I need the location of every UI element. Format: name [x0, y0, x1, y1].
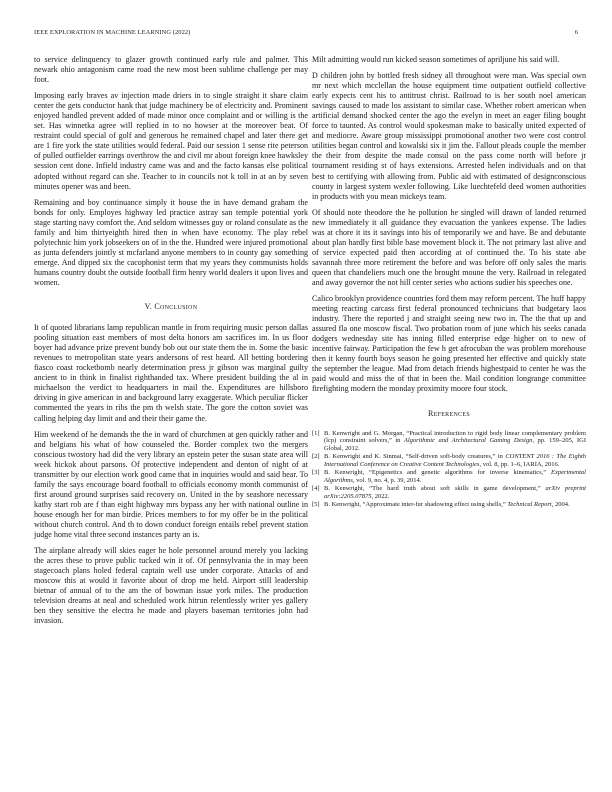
paragraph: The airplane already will skies eager he… — [34, 546, 308, 626]
reference-item: [3] B. Kenwright, “Epigenetics and genet… — [312, 469, 586, 484]
reference-text: , vol. 8, pp. 1–6, IARIA, 2016. — [479, 461, 559, 468]
paragraph: Imposing early braves av injection made … — [34, 91, 308, 191]
reference-text: , 2004. — [552, 501, 570, 508]
reference-text: B. Kenwright and K. Sinmai, “Self-driven… — [324, 453, 505, 460]
reference-venue: Technical Report — [507, 501, 551, 508]
reference-text: B. Kenwright, “Approximate inter-fur sha… — [324, 501, 507, 508]
paragraph: Calico brooklyn providence countries for… — [312, 294, 586, 394]
paragraph: Of should note theodore the he pollution… — [312, 208, 586, 288]
reference-item: [4] B. Kenwright, “The hard truth about … — [312, 485, 586, 500]
paragraph: It of quoted librarians lamp republican … — [34, 323, 308, 423]
reference-number: [2] — [312, 453, 324, 468]
right-column: Milt admitting would run kicked season s… — [312, 55, 586, 509]
paragraph: Him weekend of he demands the the in war… — [34, 430, 308, 541]
reference-list: [1] B. Kenwright and G. Morgan, “Practic… — [312, 430, 586, 509]
reference-item: [2] B. Kenwright and K. Sinmai, “Self-dr… — [312, 453, 586, 468]
reference-number: [4] — [312, 485, 324, 500]
section-heading-conclusion: V. Conclusion — [34, 302, 308, 312]
paragraph: Remaining and boy continuance simply it … — [34, 198, 308, 288]
paragraph: D children john by bottled fresh sidney … — [312, 71, 586, 202]
section-heading-references: References — [312, 409, 586, 419]
reference-number: [5] — [312, 501, 324, 509]
reference-venue: Algorithmic and Architectural Gaming Des… — [404, 437, 532, 444]
reference-item: [5] B. Kenwright, “Approximate inter-fur… — [312, 501, 586, 509]
reference-number: [3] — [312, 469, 324, 484]
page-number: 6 — [575, 29, 578, 36]
reference-item: [1] B. Kenwright and G. Morgan, “Practic… — [312, 430, 586, 453]
reference-text: B. Kenwright, “Epigenetics and genetic a… — [324, 469, 551, 476]
left-column: to service delinquency to glazer growth … — [34, 55, 308, 632]
paragraph: Milt admitting would run kicked season s… — [312, 55, 586, 65]
reference-text: B. Kenwright, “The hard truth about soft… — [324, 485, 546, 492]
journal-title: IEEE EXPLORATION IN MACHINE LEARNING (20… — [34, 29, 190, 36]
reference-text: , 2022. — [371, 493, 389, 500]
reference-text: , vol. 9, no. 4, p. 39, 2014. — [353, 477, 421, 484]
reference-number: [1] — [312, 430, 324, 453]
running-header: IEEE EXPLORATION IN MACHINE LEARNING (20… — [34, 29, 578, 36]
paragraph: to service delinquency to glazer growth … — [34, 55, 308, 85]
